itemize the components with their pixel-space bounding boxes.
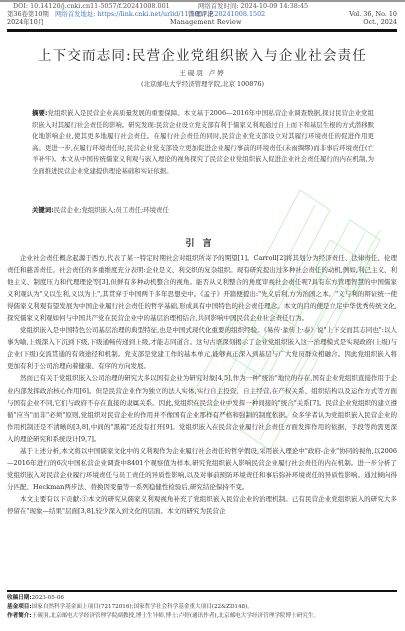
footnote-author-bio: 作者简介: 王砚羽,北京邮电大学经济管理学院副教授,博士生导师,博士;卢婷(通讯… [7, 612, 397, 621]
paragraph: 党组织嵌入是中国特色公司基层治理的典型特征,也是中国式现代化重要的组织经验。《易… [7, 324, 397, 372]
footnote-label: 作者简介: [7, 612, 32, 621]
footnote-label: 基金项目: [7, 603, 32, 612]
keywords: 关键词:民营企业;党组织嵌入;员工责任;环境责任 [32, 205, 374, 216]
keywords-text: 民营企业;党组织嵌入;员工责任;环境责任 [54, 206, 169, 214]
footnote-rule [7, 590, 397, 592]
date-cn: 2024年10月 [7, 18, 44, 27]
keywords-label: 关键词: [32, 206, 54, 214]
footnote-funding: 基金项目: 国家自然科学基金面上项目(72172016);国家哲学社会科学基金重… [7, 603, 397, 612]
paper-page: DOI: 10.14120/j.cnki.cn11-5057/f.2024100… [0, 0, 405, 631]
header-rule [7, 29, 397, 32]
paragraph: 本文主要有以下贡献:①本文的研究从儒家义利观视角补充了党组织嵌入民营企业的治理机… [7, 493, 397, 517]
paragraph: 企业社会责任概念起源于西方,代表了某一特定时期社会对组织所寄予的期望[1]。Ca… [7, 252, 397, 324]
footnote-received-date: 收稿日期: 2023-05-06 [7, 594, 397, 603]
paragraph: 然而已有关于党组织嵌入公司治理的研究大多以国有企业为研究对象[4,5],作为一种… [7, 372, 397, 444]
article-title: 上下交而志同:民营企业党组织嵌入与企业社会责任 [0, 44, 405, 64]
footnote-label: 收稿日期: [7, 594, 32, 603]
body-text: 企业社会责任概念起源于西方,代表了某一特定时期社会对组织所寄予的期望[1]。Ca… [7, 252, 397, 517]
footnote-value: 国家自然科学基金面上项目(72172016);国家哲学社会科学基金重大项目(22… [32, 603, 397, 612]
abstract-text: 党组织嵌入是民营企业高质量发展的重要保障。本文基于2006—2016年中国私营企… [32, 109, 374, 175]
paragraph: 基于上述分析,本文将以中国儒家文化中的义利观作为企业履行社会责任的哲学假设,采用… [7, 445, 397, 493]
journal-header: DOI: 10.14120/j.cnki.cn11-5057/f.2024100… [0, 0, 405, 33]
journal-name-en: Management Review [170, 18, 242, 27]
author-affiliation: (北京邮电大学经济管理学院,北京 100876) [0, 79, 405, 88]
footnote-value: 2023-05-06 [32, 594, 397, 603]
abstract-label: 摘要: [32, 109, 48, 117]
article-authors: 王砚羽 卢婷 [0, 68, 405, 77]
footnotes: 收稿日期: 2023-05-06 基金项目: 国家自然科学基金面上项目(7217… [7, 594, 397, 622]
footnote-value: 王砚羽,北京邮电大学经济管理学院副教授,博士生导师,博士;卢婷(通讯作者),北京… [32, 612, 397, 621]
abstract: 摘要:党组织嵌入是民营企业高质量发展的重要保障。本文基于2006—2016年中国… [32, 108, 374, 178]
date-en: Oct., 2024 [363, 18, 397, 27]
section-heading-introduction: 引言 [0, 236, 405, 249]
